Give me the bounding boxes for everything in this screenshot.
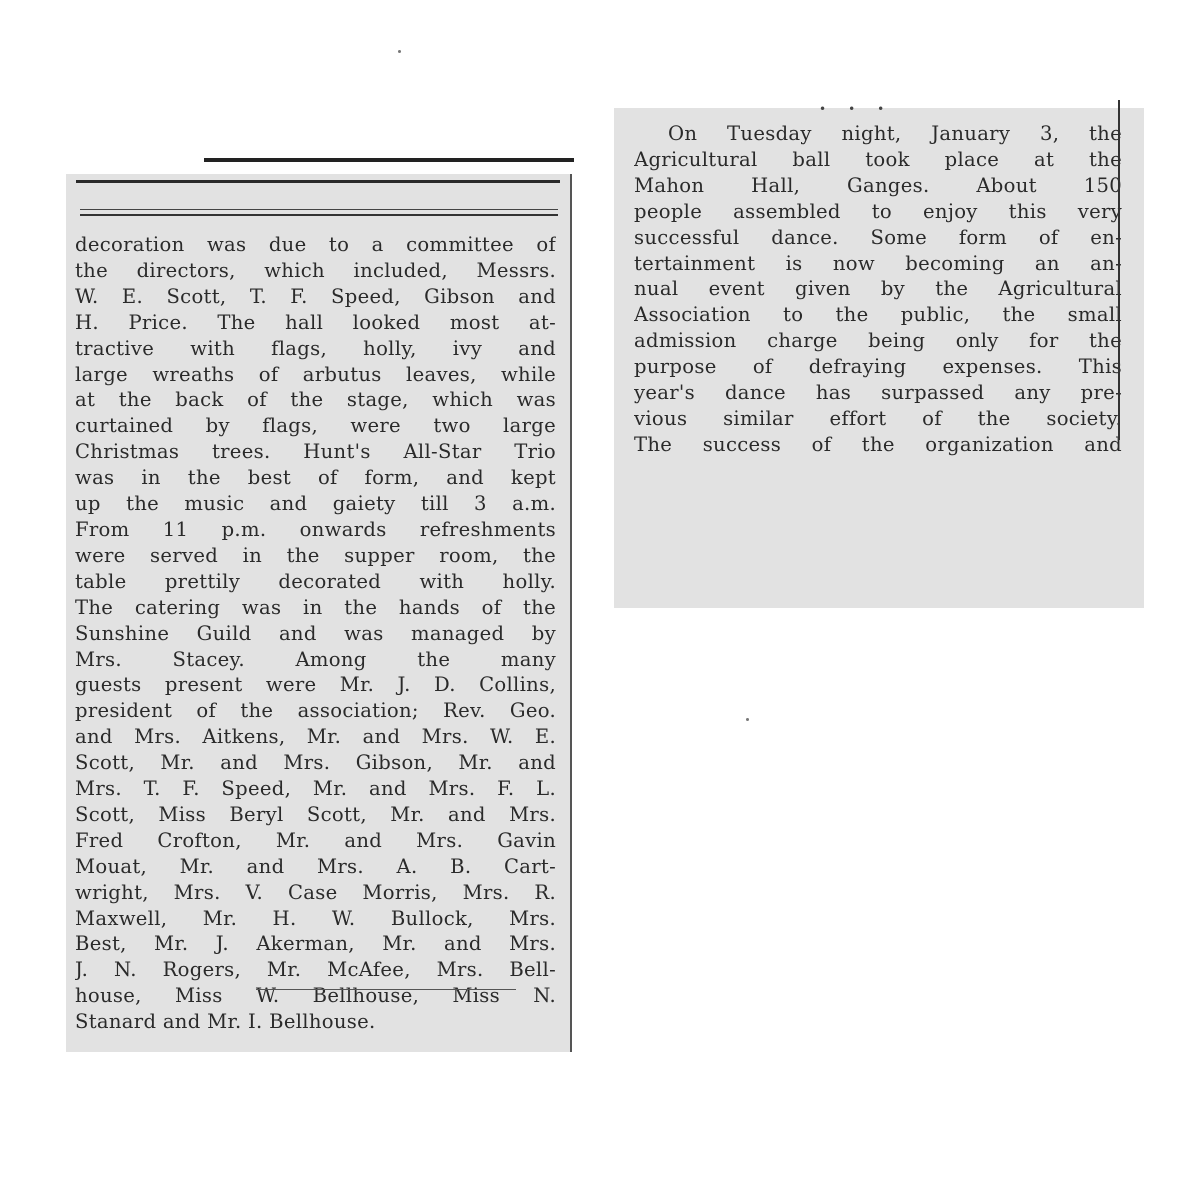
double-rule-upper <box>80 209 558 210</box>
text-line: J. N. Rogers, Mr. McAfee, Mrs. Bell- <box>75 957 556 983</box>
text-line: guests present were Mr. J. D. Collins, <box>75 672 556 698</box>
ornament-dots: ••• <box>819 102 906 116</box>
text-line: Association to the public, the small <box>634 302 1122 328</box>
text-line: the directors, which included, Messrs. <box>75 258 556 284</box>
text-line: up the music and gaiety till 3 a.m. <box>75 491 556 517</box>
text-line: Scott, Miss Beryl Scott, Mr. and Mrs. <box>75 802 556 828</box>
text-line: H. Price. The hall looked most at- <box>75 310 556 336</box>
column-rule <box>1118 100 1120 440</box>
text-line: Mrs. Stacey. Among the many <box>75 647 556 673</box>
text-line: vious similar effort of the society. <box>634 406 1122 432</box>
newspaper-clipping-agricultural-ball: ••• On Tuesday night, January 3, theAgri… <box>614 108 1144 608</box>
article-body-right: On Tuesday night, January 3, theAgricult… <box>634 121 1122 458</box>
text-line: The success of the organization and <box>634 432 1122 458</box>
text-line: Scott, Mr. and Mrs. Gibson, Mr. and <box>75 750 556 776</box>
article-body-left: decoration was due to a committee ofthe … <box>75 232 556 1035</box>
text-line: admission charge being only for the <box>634 328 1122 354</box>
text-line: Fred Crofton, Mr. and Mrs. Gavin <box>75 828 556 854</box>
text-line: Mrs. T. F. Speed, Mr. and Mrs. F. L. <box>75 776 556 802</box>
text-line: Stanard and Mr. I. Bellhouse. <box>75 1009 556 1035</box>
text-line: president of the association; Rev. Geo. <box>75 698 556 724</box>
text-line: curtained by flags, were two large <box>75 413 556 439</box>
text-line: and Mrs. Aitkens, Mr. and Mrs. W. E. <box>75 724 556 750</box>
text-line: From 11 p.m. onwards refreshments <box>75 517 556 543</box>
text-line: tractive with flags, holly, ivy and <box>75 336 556 362</box>
text-line: large wreaths of arbutus leaves, while <box>75 362 556 388</box>
text-line: Mahon Hall, Ganges. About 150 <box>634 173 1122 199</box>
text-line: Mouat, Mr. and Mrs. A. B. Cart- <box>75 854 556 880</box>
text-line: Christmas trees. Hunt's All-Star Trio <box>75 439 556 465</box>
text-line: W. E. Scott, T. F. Speed, Gibson and <box>75 284 556 310</box>
text-line: Sunshine Guild and was managed by <box>75 621 556 647</box>
text-line: people assembled to enjoy this very <box>634 199 1122 225</box>
article-end-rule <box>256 989 516 990</box>
text-line: tertainment is now becoming an an- <box>634 251 1122 277</box>
text-line: was in the best of form, and kept <box>75 465 556 491</box>
text-line: Agricultural ball took place at the <box>634 147 1122 173</box>
text-line: successful dance. Some form of en- <box>634 225 1122 251</box>
header-rule <box>76 180 560 183</box>
scan-speck <box>746 718 749 721</box>
text-line: were served in the supper room, the <box>75 543 556 569</box>
text-line: decoration was due to a committee of <box>75 232 556 258</box>
text-line: The catering was in the hands of the <box>75 595 556 621</box>
text-line: nual event given by the Agricultural <box>634 276 1122 302</box>
text-line: purpose of defraying expenses. This <box>634 354 1122 380</box>
text-line: table prettily decorated with holly. <box>75 569 556 595</box>
text-line: Best, Mr. J. Akerman, Mr. and Mrs. <box>75 931 556 957</box>
text-line: year's dance has surpassed any pre- <box>634 380 1122 406</box>
column-top-rule <box>204 158 574 162</box>
newspaper-clipping-guest-list: decoration was due to a committee ofthe … <box>66 174 572 1052</box>
text-line: Maxwell, Mr. H. W. Bullock, Mrs. <box>75 906 556 932</box>
scan-speck <box>398 50 401 53</box>
text-line: house, Miss W. Bellhouse, Miss N. <box>75 983 556 1009</box>
text-line: at the back of the stage, which was <box>75 387 556 413</box>
text-line: On Tuesday night, January 3, the <box>634 121 1122 147</box>
double-rule-lower <box>80 214 558 216</box>
text-line: wright, Mrs. V. Case Morris, Mrs. R. <box>75 880 556 906</box>
